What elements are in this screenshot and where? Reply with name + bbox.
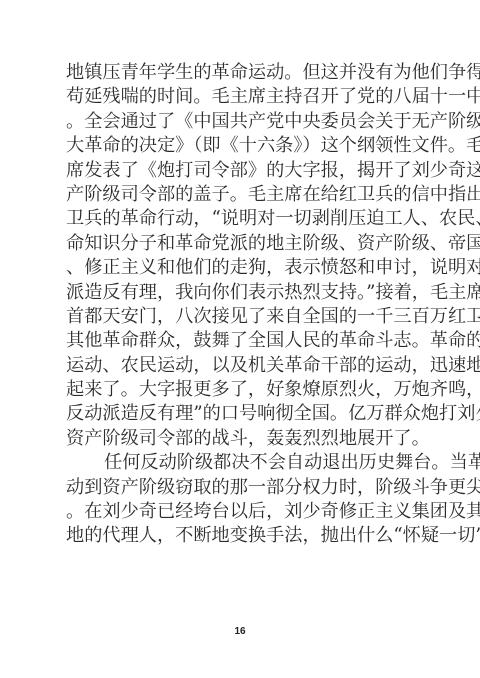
text-line: 地镇压青年学生的革命运动。但这并没有为他们争得多少 xyxy=(66,61,412,85)
text-line: 其他革命群众，鼓舞了全国人民的革命斗志。革命的工人 xyxy=(66,329,412,353)
body-text: 地镇压青年学生的革命运动。但这并没有为他们争得多少 苟延残喘的时间。毛主席主持召… xyxy=(66,61,412,549)
text-line: 。在刘少奇已经垮台以后，刘少奇修正主义集团及其在各 xyxy=(66,500,412,524)
text-line: 动到资产阶级窃取的那一部分权力时，阶级斗争更尖锐了 xyxy=(66,476,412,500)
text-line: 命知识分子和革命党派的地主阶级、资产阶级、帝国主义 xyxy=(66,232,412,256)
text-line: 地的代理人，不断地变换手法，抛出什么“怀疑一切”“ xyxy=(66,524,412,548)
text-line: 起来了。大字报更多了，好象燎原烈火，万炮齐鸣，“对 xyxy=(66,378,412,402)
paragraph-1: 地镇压青年学生的革命运动。但这并没有为他们争得多少 苟延残喘的时间。毛主席主持召… xyxy=(66,61,412,451)
text-line: 卫兵的革命行动，“说明对一切剥削压迫工人、农民、革 xyxy=(66,207,412,231)
text-line: 运动、农民运动，以及机关革命干部的运动，迅速地发展 xyxy=(66,354,412,378)
text-line: 反动派造反有理”的口号响彻全国。亿万群众炮打刘少奇 xyxy=(66,402,412,426)
text-line: 苟延残喘的时间。毛主席主持召开了党的八届十一中全会 xyxy=(66,85,412,109)
text-line: 产阶级司令部的盖子。毛主席在给红卫兵的信中指出：红 xyxy=(66,183,412,207)
text-line: 。全会通过了《中国共产党中央委员会关于无产阶级文化 xyxy=(66,110,412,134)
text-line: 任何反动阶级都决不会自动退出历史舞台。当革命触 xyxy=(66,451,412,475)
page-number: 16 xyxy=(0,626,480,637)
text-line: 大革命的决定》（即《十六条》）这个纲领性文件。毛主 xyxy=(66,134,412,158)
text-line: 派造反有理，我向你们表示热烈支持。”接着，毛主席在 xyxy=(66,281,412,305)
text-line: 首都天安门，八次接见了来自全国的一千三百万红卫兵和 xyxy=(66,305,412,329)
text-line: 、修正主义和他们的走狗，表示愤怒和申讨，说明对反动 xyxy=(66,256,412,280)
document-page: 地镇压青年学生的革命运动。但这并没有为他们争得多少 苟延残喘的时间。毛主席主持召… xyxy=(0,0,480,678)
text-line: 席发表了《炮打司令部》的大字报，揭开了刘少奇这个资 xyxy=(66,159,412,183)
text-line: 资产阶级司令部的战斗，轰轰烈烈地展开了。 xyxy=(66,427,412,451)
paragraph-2: 任何反动阶级都决不会自动退出历史舞台。当革命触 动到资产阶级窃取的那一部分权力时… xyxy=(66,451,412,549)
